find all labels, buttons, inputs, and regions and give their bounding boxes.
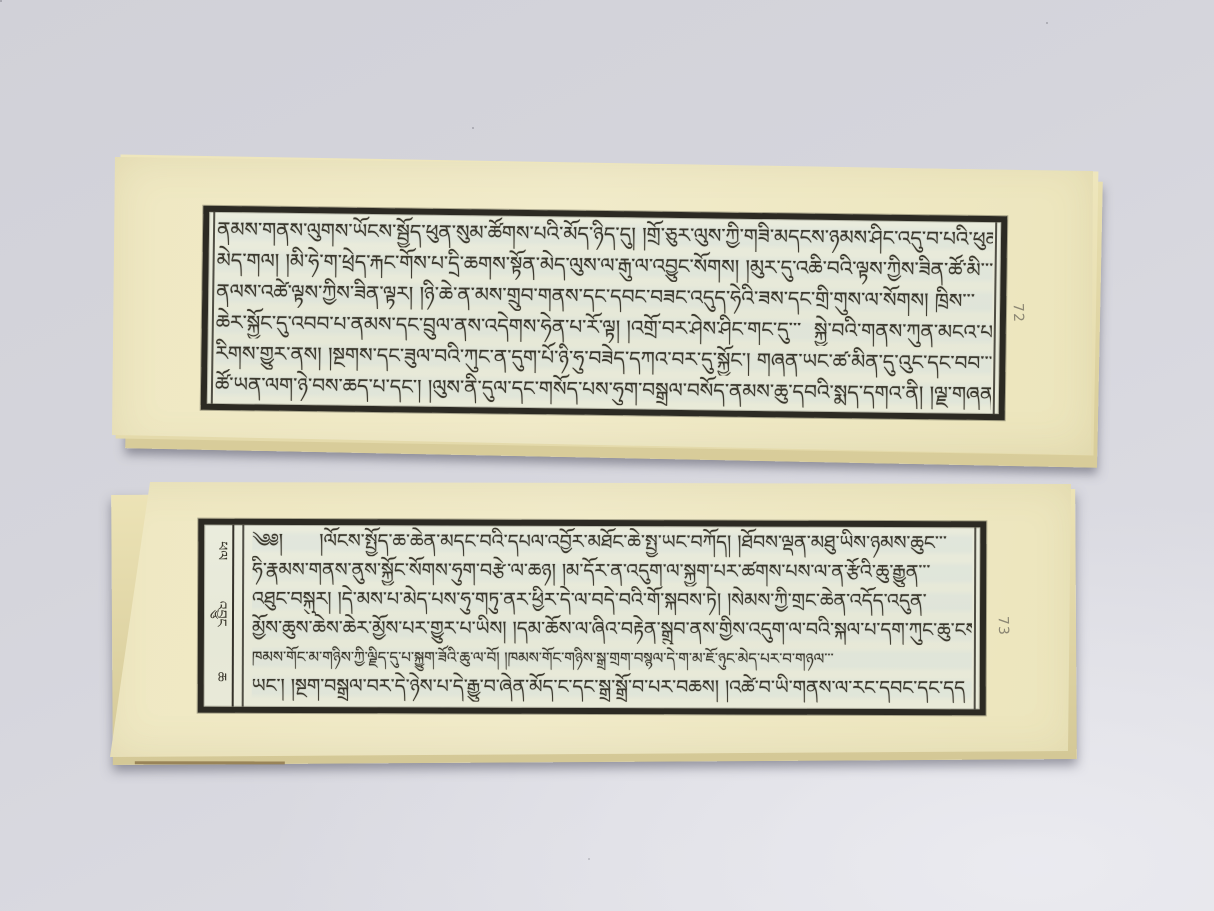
text-frame: ནམས་གནས་ལུགས་ཡོངས་སྦྱོད་ཕུན་སུམ་ཚོགས་པའི… [201, 206, 1008, 421]
frame-inner-rule [993, 222, 998, 414]
margin-title-part: ཕལ [198, 541, 238, 560]
text-line: ཁམས་གོང་མ་གཉིས་ཀྱི་ལྗིད་དུ་པ་སྐྱུག་ཟོའི་… [252, 643, 972, 675]
photo-background: ནམས་གནས་ལུགས་ཡོངས་སྦྱོད་ཕུན་སུམ་ཚོགས་པའི… [0, 0, 1214, 911]
margin-title-column: ཕལ འབྱུང ཆ [204, 525, 235, 707]
text-block: ༄༅། །ལོངས་སྤྱོད་ཆ་ཆེན་མདང་བའི་དཔལ་འབྱོར་… [252, 527, 973, 704]
folio-number: 72 [1010, 303, 1027, 323]
text-line: འཐུང་བསྐུར། །དེ་མས་པ་མེད་པས་ཧུ་གཏུ་ནར་ཕྱ… [252, 585, 972, 617]
leaf-face: ཕལ འབྱུང ཆ ༄༅། །ལོངས་སྤྱོད་ཆ་ཆེན་མདང་བའི… [103, 478, 1080, 759]
leaf-face: ནམས་གནས་ལུགས་ཡོངས་སྦྱོད་ཕུན་སུམ་ཚོགས་པའི… [112, 155, 1097, 455]
text-block: ནམས་གནས་ལུགས་ཡོངས་སྦྱོད་ཕུན་སུམ་ཚོགས་པའི… [215, 214, 993, 410]
margin-title-part: ཆ [198, 672, 238, 682]
text-line: ཧི་རྣམས་གནས་ནུས་སྐྱོང་སོགས་ཧུག་བརྩེ་ལ་ཆཉ… [252, 556, 972, 588]
pecha-leaf-top: ནམས་གནས་ལུགས་ཡོངས་སྦྱོད་ཕུན་སུམ་ཚོགས་པའི… [0, 0, 1214, 500]
text-line: མྱོས་ཆུས་ཆེས་ཆེར་མྱོས་པར་གྱུར་པ་ཡིས། །དམ… [252, 614, 972, 646]
frame-inner-rule [242, 525, 245, 707]
text-frame: ཕལ འབྱུང ཆ ༄༅། །ལོངས་སྤྱོད་ཆ་ཆེན་མདང་བའི… [198, 519, 987, 716]
pecha-leaf-bottom: ཕལ འབྱུང ཆ ༄༅། །ལོངས་སྤྱོད་ཆ་ཆེན་མདང་བའི… [0, 430, 1214, 911]
leaf-edge-line [135, 761, 285, 764]
text-line: ༄༅། །ལོངས་སྤྱོད་ཆ་ཆེན་མདང་བའི་དཔལ་འབྱོར་… [252, 527, 972, 559]
text-line: ཡང་། །སྔག་བསྒྲལ་བར་དེ་ཉེས་པ་དེ་རྒྱུ་བ་ཞེ… [252, 672, 972, 704]
margin-title-part: འབྱུང [198, 601, 238, 627]
folio-number: 73 [995, 616, 1012, 636]
frame-inner-rule [974, 527, 977, 709]
